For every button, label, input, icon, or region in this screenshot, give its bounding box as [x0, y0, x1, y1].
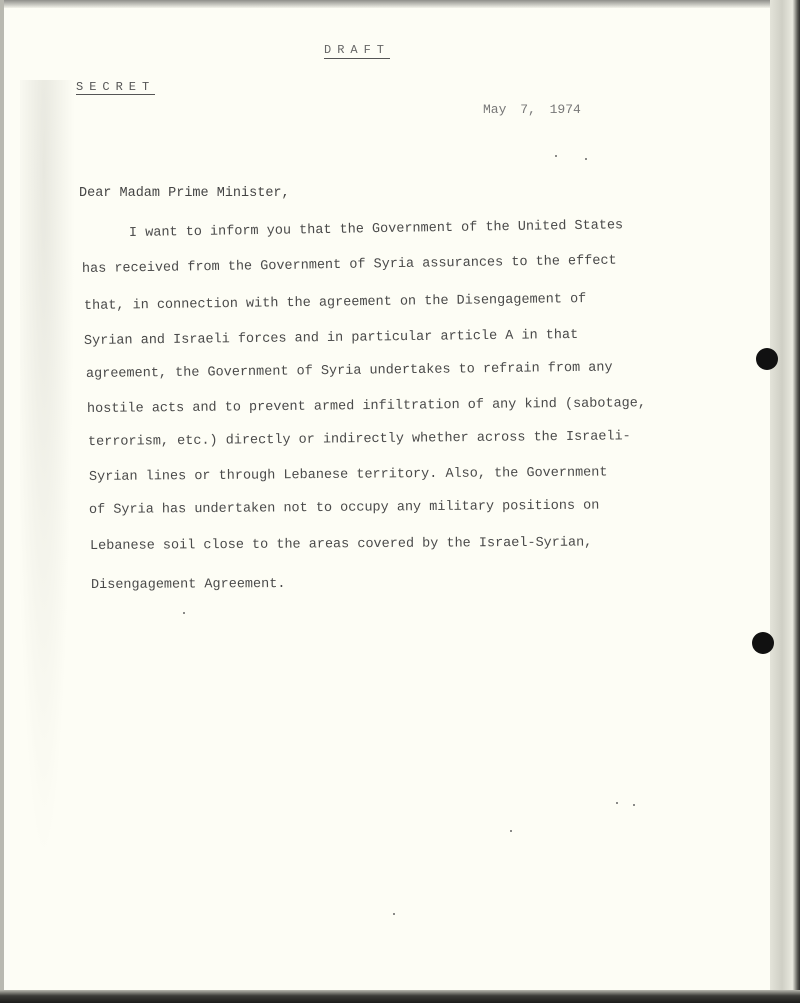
scan-top-edge	[0, 0, 800, 8]
scan-speck	[183, 612, 185, 614]
body-line: Syrian lines or through Lebanese territo…	[89, 465, 608, 485]
binder-hole-icon	[756, 348, 778, 370]
scan-speck	[393, 913, 395, 915]
body-line: that, in connection with the agreement o…	[84, 292, 586, 314]
body-line: hostile acts and to prevent armed infilt…	[87, 396, 646, 417]
classification-marking: SECRET	[76, 80, 155, 95]
body-line: terrorism, etc.) directly or indirectly …	[88, 429, 631, 450]
body-line: Lebanese soil close to the areas covered…	[90, 535, 592, 554]
salutation: Dear Madam Prime Minister,	[79, 186, 290, 201]
document-page: DRAFT SECRET May 7, 1974 Dear Madam Prim…	[0, 0, 800, 1003]
scan-speck	[510, 830, 512, 832]
draft-stamp: DRAFT	[324, 43, 390, 59]
body-line: Syrian and Israeli forces and in particu…	[84, 328, 578, 349]
binder-hole-icon	[752, 632, 774, 654]
scan-left-edge	[0, 0, 4, 1003]
body-line: has received from the Government of Syri…	[82, 254, 617, 277]
body-line: agreement, the Government of Syria under…	[86, 361, 613, 382]
body-line: of Syria has undertaken not to occupy an…	[89, 499, 600, 518]
body-line: I want to inform you that the Government…	[129, 218, 623, 241]
scan-speck	[616, 802, 618, 804]
scan-bottom-edge	[0, 990, 800, 1003]
scan-speck	[585, 158, 587, 160]
paper-smudge	[20, 80, 80, 980]
scan-speck	[633, 804, 635, 806]
letter-date: May 7, 1974	[483, 102, 581, 117]
body-line: Disengagement Agreement.	[91, 577, 286, 593]
scan-right-edge	[770, 0, 800, 1003]
scan-speck	[555, 155, 557, 157]
